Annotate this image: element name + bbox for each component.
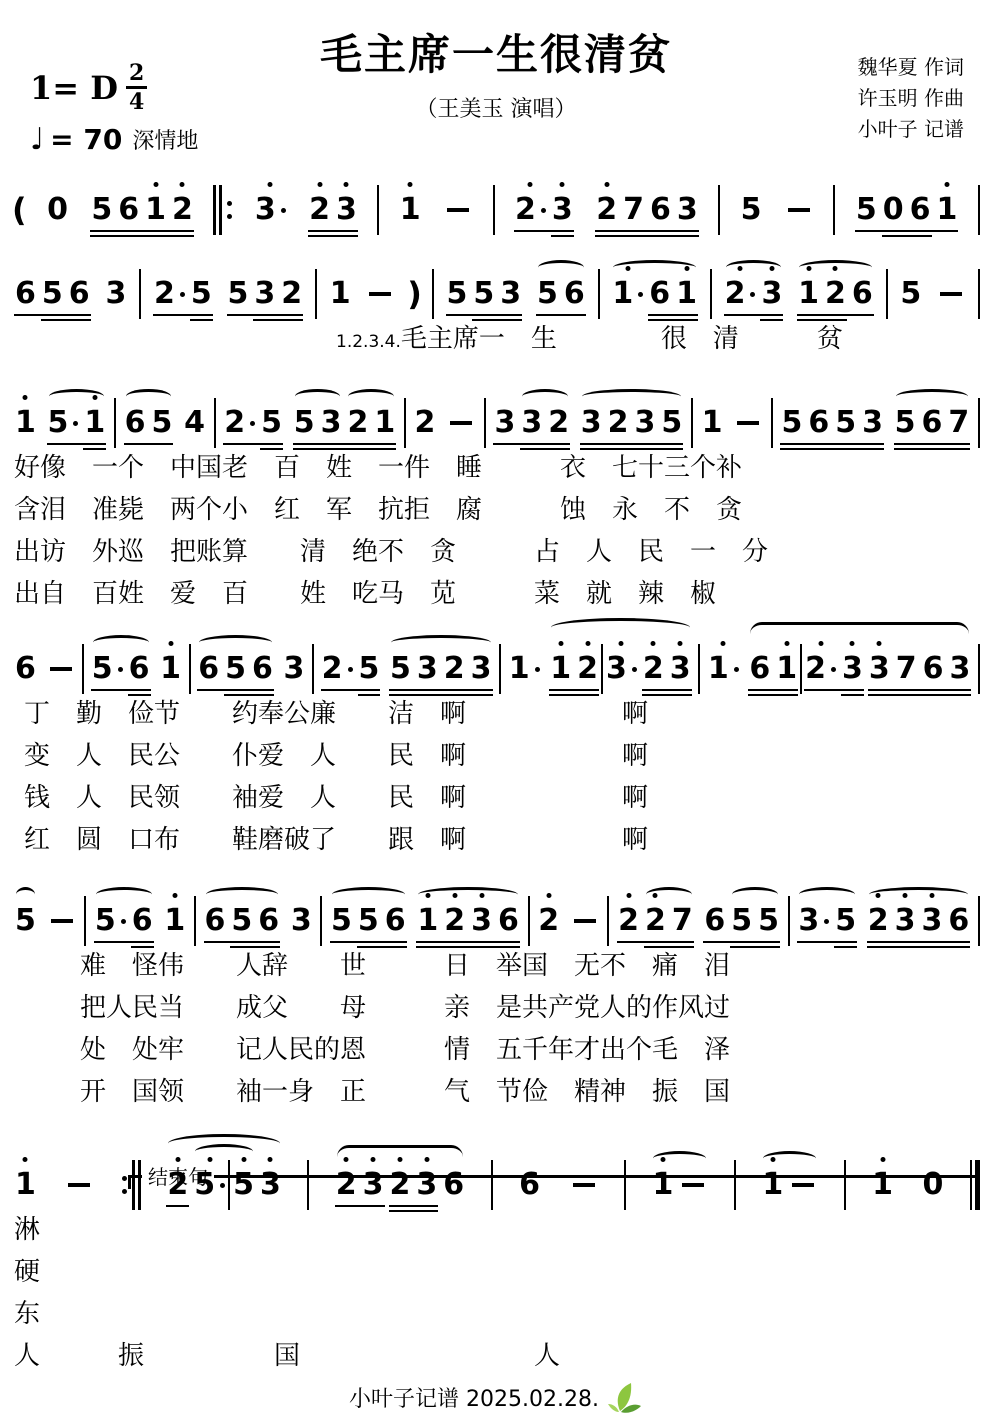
note-number: 5 — [92, 654, 113, 684]
parenthesis: ) — [407, 275, 422, 313]
note-number: 5 — [42, 279, 63, 309]
lyric-row: 人 振 国 人 — [14, 1335, 992, 1377]
note-number: 1 — [509, 654, 530, 684]
barline — [607, 896, 609, 946]
note-number: 2 — [167, 1170, 188, 1200]
note: 2 — [605, 405, 632, 441]
beam-group: 61 — [746, 651, 800, 687]
slur: 55 — [728, 903, 782, 939]
note-number: 3 — [521, 408, 542, 438]
beam-underline — [868, 689, 972, 691]
note: 3 — [603, 651, 640, 687]
lyric-row: 出自 百姓 爱 百 姓 吃马 苋 菜 就 辣 椒 — [14, 573, 992, 615]
beam-underline — [855, 230, 959, 232]
beam-group: 567 — [892, 405, 973, 441]
slur: 51 — [45, 405, 109, 441]
note: 5 — [470, 276, 497, 312]
note-number: 2 — [608, 408, 629, 438]
note-number: 1 — [400, 195, 421, 225]
octave-dot — [172, 893, 177, 898]
beam-group: 3 — [549, 192, 576, 228]
note-number: 5 — [228, 279, 249, 309]
augmentation-dot — [180, 292, 185, 297]
duration-dash — [737, 421, 759, 425]
beam-underline — [90, 230, 194, 232]
note-number: 6 — [385, 906, 406, 936]
barline — [404, 398, 406, 448]
note-number: 5 — [473, 279, 494, 309]
octave-dot — [344, 182, 349, 187]
note-number: 7 — [948, 408, 969, 438]
note-number: 5 — [233, 1170, 254, 1200]
beam-underline — [780, 443, 884, 445]
quarter-note-icon: ♩ — [30, 122, 44, 157]
note-number: 1 — [145, 195, 166, 225]
note: 3 — [333, 192, 360, 228]
octave-dot — [268, 182, 273, 187]
note: 6 — [66, 276, 93, 312]
beam-underline — [760, 319, 783, 321]
beam-group: 32 — [251, 276, 305, 312]
slur: 56 — [89, 651, 153, 687]
music-line: 6563255321)55356161231265 — [0, 270, 992, 318]
note: 3 — [497, 276, 524, 312]
note-number: 7 — [672, 906, 693, 936]
song-title: 毛主席一生很清贫 — [0, 22, 992, 82]
barline — [82, 644, 84, 694]
note: 5 — [191, 1167, 228, 1203]
note-number: 3 — [634, 408, 655, 438]
note-number: 2 — [645, 906, 666, 936]
octave-dot — [653, 893, 658, 898]
note-number: 1 — [652, 1170, 673, 1200]
beam-group: 06 — [880, 192, 934, 228]
note-number: 2 — [415, 408, 436, 438]
music-system-5: 5561656355612362227655352336难 怪伟 人辞 世 日 … — [0, 897, 992, 1113]
note: 0 — [880, 192, 907, 228]
octave-dot — [168, 641, 173, 646]
octave-dot — [678, 641, 683, 646]
note-number: 1 — [872, 1170, 893, 1200]
note: 3 — [549, 192, 576, 228]
note-number: 3 — [552, 195, 573, 225]
note-number: 2 — [868, 906, 889, 936]
repeat-dot — [122, 1176, 127, 1181]
note: 5 — [92, 903, 129, 939]
slur: 65 — [122, 405, 176, 441]
beam-underline — [223, 443, 283, 445]
meter-denominator: 4 — [129, 89, 144, 113]
note-number: 5 — [537, 279, 558, 309]
barline — [771, 398, 773, 448]
beam-underline — [642, 694, 692, 696]
note: 2 — [822, 276, 849, 312]
note-number: 1 — [937, 195, 958, 225]
slur-arc — [750, 622, 969, 639]
beam-underline — [493, 443, 570, 445]
note: 3 — [491, 405, 518, 441]
beam-underline — [124, 443, 174, 445]
lyric-text: 含泪 准毙 两个小 红 军 抗拒 腐 蚀 永 不 贪 — [14, 495, 742, 525]
note-number: 6 — [258, 906, 279, 936]
beam-underline — [91, 689, 151, 691]
note: 3 — [413, 1167, 440, 1203]
beam-underline — [204, 941, 281, 943]
duration-dash — [788, 208, 810, 212]
slur-arc — [199, 635, 272, 650]
beam-group: 23 — [802, 651, 866, 687]
octave-dot — [479, 893, 484, 898]
note-number: 3 — [255, 195, 276, 225]
slur-arc — [522, 389, 568, 404]
beam-underline — [804, 689, 864, 691]
note: 3 — [947, 651, 974, 687]
beam-underline — [780, 448, 884, 450]
note-number: 3 — [677, 195, 698, 225]
lyric-row: 淋 — [14, 1209, 992, 1251]
note: 2 — [535, 903, 562, 939]
barline — [315, 269, 317, 319]
note: 5 — [230, 1167, 257, 1203]
note-number: 3 — [471, 906, 492, 936]
octave-dot — [818, 641, 823, 646]
note-number: 5 — [741, 195, 762, 225]
beam-group: 56 — [92, 903, 156, 939]
note-number: 6 — [749, 654, 770, 684]
beam-underline — [253, 319, 303, 321]
credits: 魏华夏 作词 许玉明 作曲 小叶子 记谱 — [858, 52, 964, 145]
beam-group: 23 — [306, 192, 360, 228]
note-number: 5 — [231, 906, 252, 936]
note-number: 3 — [260, 1170, 281, 1200]
beam-underline — [894, 443, 971, 445]
slur-arc — [332, 887, 405, 902]
beam-underline — [14, 314, 91, 316]
note-number: 5 — [895, 408, 916, 438]
footer: 小叶子记谱 2025.02.28. — [0, 1381, 992, 1413]
note: 6 — [122, 405, 149, 441]
note-number: 5 — [152, 408, 173, 438]
note: 1 — [699, 405, 726, 441]
barline — [484, 398, 486, 448]
beam-group: 23 — [387, 1167, 441, 1203]
slur: 5323 — [387, 651, 495, 687]
note: 3 — [288, 903, 315, 939]
barline — [139, 269, 141, 319]
slur-arc — [206, 887, 279, 902]
octave-dot — [180, 182, 185, 187]
augmentation-dot — [638, 292, 643, 297]
note-number: 1 — [702, 408, 723, 438]
note-number: 2 — [444, 654, 465, 684]
note: 3 — [631, 405, 658, 441]
note-number: 2 — [825, 279, 846, 309]
music-system-4: 65616563255323112323161233763丁 勤 俭节 约奉公廉… — [0, 645, 992, 861]
octave-dot — [452, 893, 457, 898]
note-number: 1 — [374, 408, 395, 438]
note: 5 — [387, 651, 414, 687]
note-number: 2 — [515, 195, 536, 225]
beam-underline — [648, 319, 698, 321]
footer-text: 小叶子记谱 2025.02.28. — [349, 1382, 599, 1413]
note-number: 5 — [91, 195, 112, 225]
beam-underline — [41, 319, 91, 321]
note: 6 — [440, 1167, 467, 1203]
expression-text: 深情地 — [132, 124, 198, 155]
note: 1 — [161, 903, 188, 939]
note-number: 3 — [895, 906, 916, 936]
note-number: 5 — [194, 1170, 215, 1200]
beam-underline — [357, 946, 407, 948]
note: 5 — [738, 192, 765, 228]
lyric-row: 含泪 准毙 两个小 红 军 抗拒 腐 蚀 永 不 贪 — [14, 489, 992, 531]
octave-dot — [207, 1157, 212, 1162]
octave-dot — [625, 266, 630, 271]
beam-group: 56 — [222, 651, 276, 687]
note: 3 — [839, 651, 866, 687]
note-number: 2 — [309, 195, 330, 225]
slur-arc — [869, 887, 969, 902]
note: 5 — [328, 903, 355, 939]
beam-underline — [834, 946, 857, 948]
beam-group: 2763 — [593, 192, 701, 228]
barline — [598, 269, 600, 319]
repeat-dot — [122, 1189, 127, 1194]
note: 2 — [593, 192, 620, 228]
repeat-dots — [227, 201, 232, 219]
note-number: 2 — [224, 408, 245, 438]
beam-group: 332 — [491, 405, 572, 441]
note-number: 5 — [900, 279, 921, 309]
beam-underline — [724, 314, 784, 316]
note: 2 — [615, 903, 642, 939]
octave-dot — [23, 1157, 28, 1162]
barline — [978, 398, 980, 448]
beam-group: 56 — [228, 903, 282, 939]
note: 6 — [12, 651, 39, 687]
note: 6 — [126, 651, 153, 687]
note: 3 — [859, 405, 886, 441]
slur-arc — [732, 887, 778, 902]
note-number: 5 — [390, 654, 411, 684]
barline — [377, 185, 379, 235]
note: 1 — [649, 1167, 676, 1203]
note: 6 — [805, 405, 832, 441]
note-number: 6 — [498, 906, 519, 936]
note-number: 5 — [95, 906, 116, 936]
note: 1 — [773, 651, 800, 687]
beam-underline — [882, 235, 932, 237]
beam-group: 27 — [642, 903, 696, 939]
barline — [788, 896, 790, 946]
beam-group: 25 — [151, 276, 215, 312]
lyric-row: 好像 一个 中国老 百 姓 一件 睡 衣 七十三个补 — [14, 447, 992, 489]
lyric-text: 钱 人 民领 袖爱 人 民 啊 啊 — [24, 783, 648, 813]
note-number: 3 — [606, 654, 627, 684]
octave-dot — [397, 1157, 402, 1162]
note: 2 — [642, 903, 669, 939]
slur: 55 — [191, 1160, 257, 1210]
beam-underline — [617, 941, 694, 943]
note: 2 — [221, 405, 258, 441]
note-number: 1 — [776, 654, 797, 684]
beam-underline — [90, 235, 194, 237]
note-number: 3 — [922, 906, 943, 936]
beam-underline — [293, 443, 397, 445]
beam-underline — [868, 694, 972, 696]
music-system-2: 6563255321)553561612312651.2.3.4.毛主席一 生 … — [0, 270, 992, 363]
duration-dash — [682, 1183, 704, 1187]
duration-dash — [574, 919, 596, 923]
beam-group: 51 — [45, 405, 109, 441]
note: 1 — [506, 651, 543, 687]
note: 2 — [344, 405, 371, 441]
beam-underline — [293, 448, 397, 450]
note: 6 — [647, 192, 674, 228]
slur-arc — [418, 887, 518, 902]
note: 5 — [534, 276, 561, 312]
note-number: 3 — [363, 1170, 384, 1200]
note: 3 — [468, 903, 495, 939]
duration-dash — [369, 292, 391, 296]
music-line: 65616563255323112323161233763 — [0, 645, 992, 693]
beam-underline — [595, 235, 699, 237]
slur: 56 — [92, 903, 156, 939]
barline — [432, 269, 434, 319]
beam-group: 3235 — [578, 405, 686, 441]
octave-dot — [424, 1157, 429, 1162]
slur: 1 — [759, 1167, 820, 1203]
octave-dot — [850, 641, 855, 646]
slur: 1 — [649, 1167, 710, 1203]
slur: 2553 — [164, 1160, 284, 1210]
note: 6 — [945, 903, 972, 939]
note-number: 6 — [808, 408, 829, 438]
beam-group: 23 — [333, 1167, 387, 1203]
note: 3 — [251, 276, 278, 312]
beam-group: 5061 — [853, 192, 961, 228]
note-number: 3 — [321, 408, 342, 438]
note-number: 6 — [649, 279, 670, 309]
lyric-row: 1.2.3.4.毛主席一 生 很 清 贫 — [336, 318, 992, 363]
beam-group: 32 — [518, 405, 572, 441]
note-number: 2 — [548, 408, 569, 438]
note: 1 — [157, 651, 184, 687]
beam-group: 5 — [188, 276, 215, 312]
duration-dash — [50, 667, 72, 671]
note: 2 — [306, 192, 333, 228]
slur: 21 — [344, 405, 398, 441]
note: 6 — [849, 276, 876, 312]
note: 1 — [759, 1167, 786, 1203]
octave-dot — [585, 641, 590, 646]
note: 2 — [574, 651, 601, 687]
note: 2 — [802, 651, 839, 687]
octave-dot — [23, 395, 28, 400]
beam-underline — [748, 694, 798, 696]
octave-dot — [944, 182, 949, 187]
beam-group: 227 — [615, 903, 696, 939]
beam-group: 3 — [839, 651, 866, 687]
note-number: 7 — [896, 654, 917, 684]
note-number: 6 — [923, 654, 944, 684]
note-number: 5 — [781, 408, 802, 438]
note: 2 — [545, 405, 572, 441]
beam-underline — [642, 689, 692, 691]
note-number: 3 — [500, 279, 521, 309]
beam-underline — [536, 314, 586, 316]
barline — [84, 896, 86, 946]
transcriber-credit: 小叶子 记谱 — [858, 114, 964, 145]
note: 3 — [919, 903, 946, 939]
note: 1 — [705, 651, 742, 687]
note: 1 — [12, 1167, 39, 1203]
note: 5 — [892, 405, 919, 441]
octave-dot — [684, 266, 689, 271]
barline — [710, 269, 712, 319]
lyric-text: 出自 百姓 爱 百 姓 吃马 苋 菜 就 辣 椒 — [14, 579, 716, 609]
note: 6 — [255, 903, 282, 939]
note-number: 3 — [417, 654, 438, 684]
note-number: 5 — [191, 279, 212, 309]
barline — [194, 896, 196, 946]
note: 6 — [249, 651, 276, 687]
note-number: 6 — [198, 654, 219, 684]
slur: 656 — [202, 903, 283, 939]
lyric-text: 出访 外巡 把账算 清 绝不 贪 占 人 民 一 分 — [14, 537, 768, 567]
beam-group: 553 — [444, 276, 525, 312]
note-number: 1 — [160, 654, 181, 684]
note-number: 6 — [205, 906, 226, 936]
octave-dot — [560, 182, 565, 187]
barline — [219, 185, 222, 235]
beam-group: 126 — [795, 276, 876, 312]
slur: 27 — [642, 903, 696, 939]
note: 3 — [866, 651, 893, 687]
composer-credit: 许玉明 作曲 — [858, 83, 964, 114]
note-number: 3 — [761, 279, 782, 309]
lyric-text: 好像 一个 中国老 百 姓 一件 睡 衣 七十三个补 — [14, 453, 742, 483]
slur: 56 — [534, 276, 588, 312]
slur: 12323 — [547, 644, 693, 694]
beam-underline — [416, 941, 520, 943]
note: 6 — [920, 651, 947, 687]
beam-group: 6 — [129, 903, 156, 939]
octave-dot — [806, 266, 811, 271]
augmentation-dot — [281, 208, 286, 213]
note: 5 — [12, 903, 39, 939]
note: 2 — [151, 276, 188, 312]
note: 5 — [778, 405, 805, 441]
beam-group: 6 — [126, 651, 153, 687]
note-number: 6 — [704, 906, 725, 936]
note-number: 5 — [358, 906, 379, 936]
lyric-row: 处 处牢 记人民的恩 情 五千年才出个毛 泽 — [80, 1029, 992, 1071]
music-system-6: 结束句125532323661110淋硬东人 振 国 人 — [0, 1161, 992, 1377]
note: 2 — [865, 903, 892, 939]
note-number: 1 — [798, 279, 819, 309]
slur: 53 — [291, 405, 345, 441]
note-number: 3 — [284, 654, 305, 684]
note: 2 — [319, 651, 356, 687]
tempo-marking: ♩ = 70 深情地 — [30, 122, 198, 157]
note-number: 0 — [883, 195, 904, 225]
barline — [886, 269, 888, 319]
note-number: 3 — [581, 408, 602, 438]
lyric-row: 把人民当 成父 母 亲 是共产党人的作风过 — [80, 987, 992, 1029]
augmentation-dot — [73, 421, 78, 426]
slur-arc — [391, 635, 491, 650]
